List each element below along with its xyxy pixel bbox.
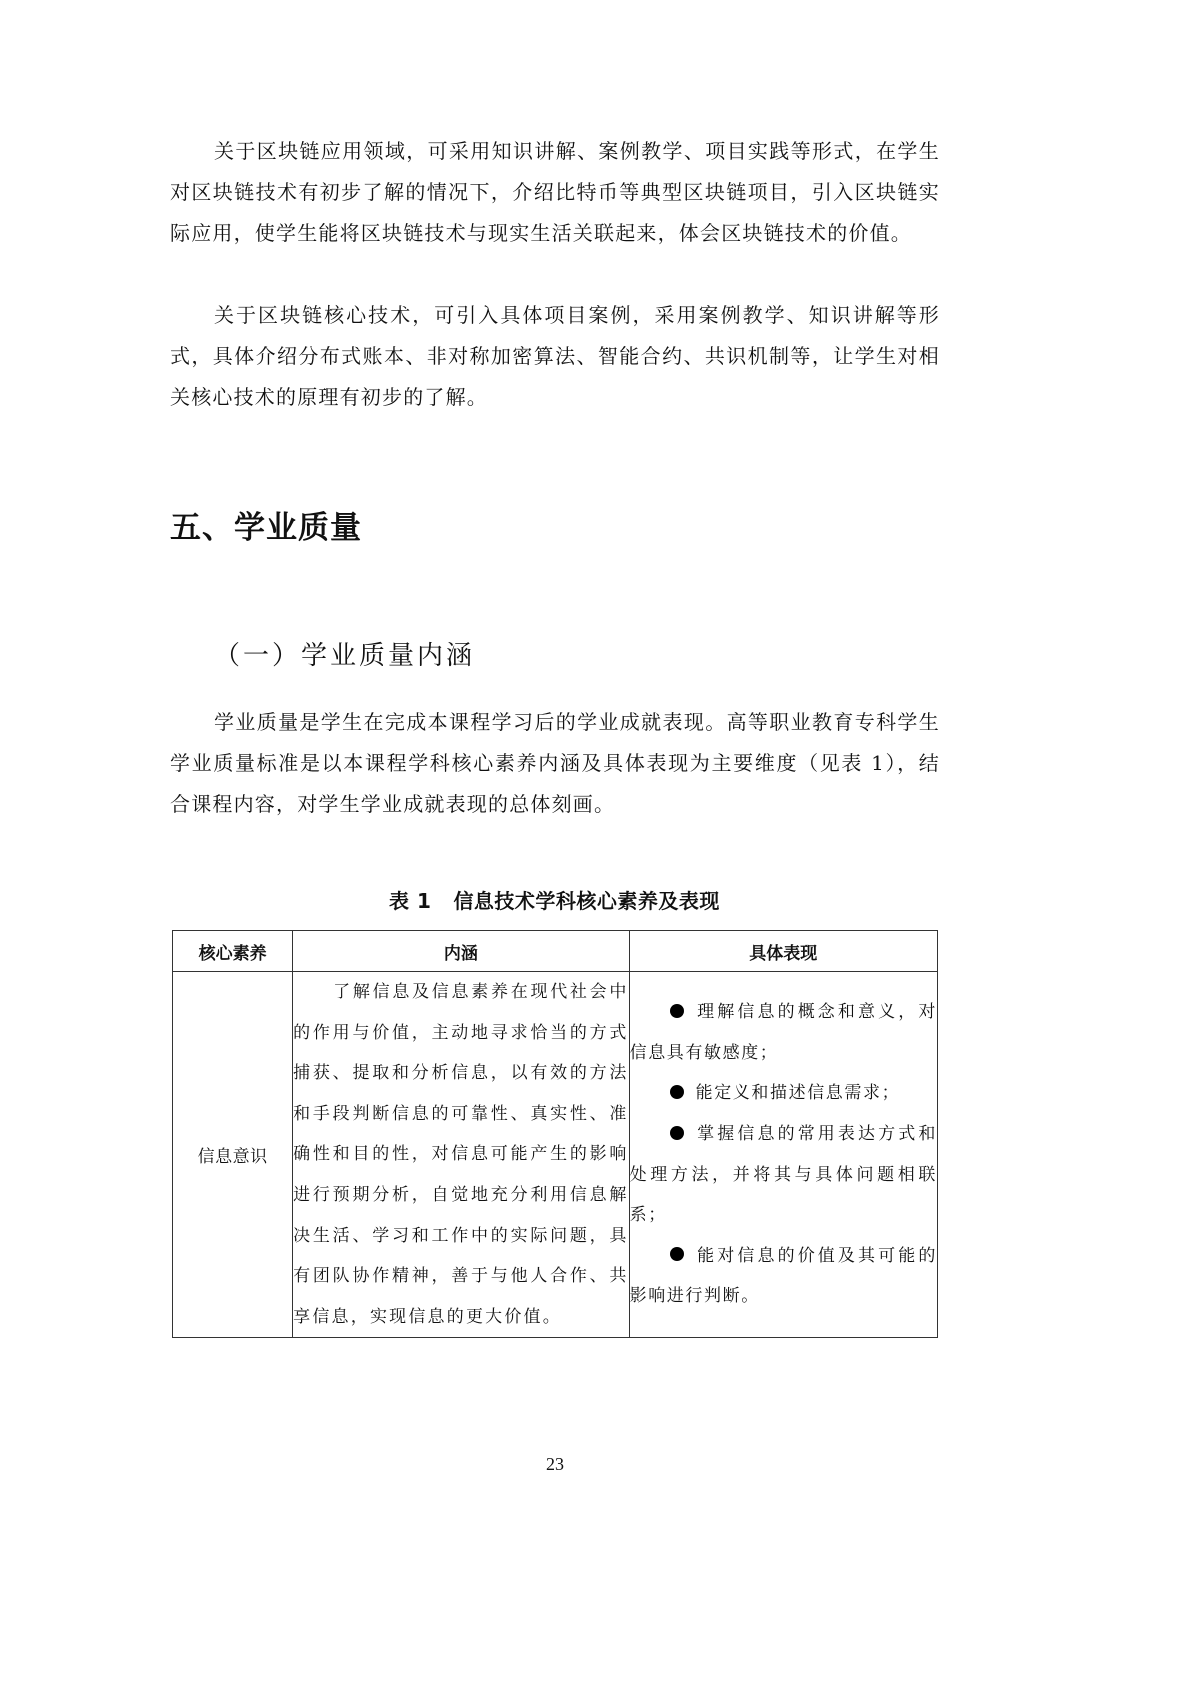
core-literacy-table: 核心素养 内涵 具体表现 信息意识 了解信息及信息素养在现代社会中的作用与价值，… xyxy=(172,930,938,1338)
bullet-icon xyxy=(670,1085,684,1099)
page-number: 23 xyxy=(0,1454,1110,1475)
performance-item: 能定义和描述信息需求； xyxy=(630,1073,937,1114)
cell-literacy-name: 信息意识 xyxy=(173,972,293,1338)
bullet-icon xyxy=(670,1126,684,1140)
performance-item: 能对信息的价值及其可能的影响进行判断。 xyxy=(630,1236,937,1317)
subsection-heading: （一）学业质量内涵 xyxy=(214,635,475,672)
header-performance: 具体表现 xyxy=(629,931,937,972)
cell-performance: 理解信息的概念和意义，对信息具有敏感度； 能定义和描述信息需求； 掌握信息的常用… xyxy=(629,972,937,1338)
meaning-text: 了解信息及信息素养在现代社会中的作用与价值，主动地寻求恰当的方式捕获、提取和分析… xyxy=(293,972,628,1337)
section-heading: 五、学业质量 xyxy=(170,502,362,547)
paragraph-blockchain-applications: 关于区块链应用领域，可采用知识讲解、案例教学、项目实践等形式，在学生对区块链技术… xyxy=(170,131,940,254)
header-meaning: 内涵 xyxy=(293,931,629,972)
table-caption-title: 信息技术学科核心素养及表现 xyxy=(453,889,720,913)
paragraph-academic-quality: 学业质量是学生在完成本课程学习后的学业成就表现。高等职业教育专科学生学业质量标准… xyxy=(170,702,940,825)
performance-item: 理解信息的概念和意义，对信息具有敏感度； xyxy=(630,992,937,1073)
cell-meaning: 了解信息及信息素养在现代社会中的作用与价值，主动地寻求恰当的方式捕获、提取和分析… xyxy=(293,972,629,1338)
bullet-icon xyxy=(670,1004,684,1018)
table-caption: 表 1信息技术学科核心素养及表现 xyxy=(172,885,937,914)
paragraph-blockchain-core-tech: 关于区块链核心技术，可引入具体项目案例，采用案例教学、知识讲解等形式，具体介绍分… xyxy=(170,295,940,418)
table-caption-number: 表 1 xyxy=(389,889,431,913)
bullet-icon xyxy=(670,1247,684,1261)
document-page: 关于区块链应用领域，可采用知识讲解、案例教学、项目实践等形式，在学生对区块链技术… xyxy=(0,0,1190,1684)
table-row: 信息意识 了解信息及信息素养在现代社会中的作用与价值，主动地寻求恰当的方式捕获、… xyxy=(173,972,938,1338)
table-header-row: 核心素养 内涵 具体表现 xyxy=(173,931,938,972)
performance-item: 掌握信息的常用表达方式和处理方法，并将其与具体问题相联系； xyxy=(630,1114,937,1236)
header-core-literacy: 核心素养 xyxy=(173,931,293,972)
